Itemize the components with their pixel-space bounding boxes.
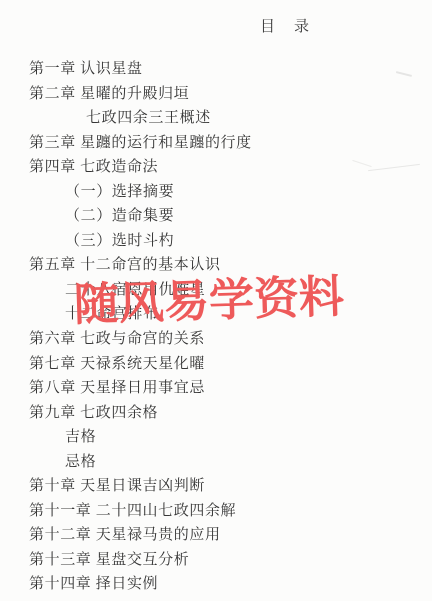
toc-entry: 第十二章 天星禄马贵的应用 [0,523,432,548]
scanned-toc-page: 目 录 第一章 认识星盘第二章 星曜的升殿归垣七政四余三王概述第三章 星躔的运行… [0,0,432,601]
toc-entry: 吉格 [0,425,432,450]
toc-entry: 七政四余三王概述 [0,106,432,131]
toc-entry: 第七章 天禄系统天星化曜 [0,352,432,377]
toc-entry: 第六章 七政与命宫的关系 [0,327,432,352]
toc-entry: 第十三章 星盘交互分析 [0,548,432,573]
toc-entry: 第一章 认识星盘 [0,57,432,82]
toc-entry: 第三章 星躔的运行和星躔的行度 [0,131,432,156]
page-title: 目 录 [260,15,311,36]
toc-entry: （二）造命集要 [0,204,432,229]
toc-entry: 第四章 七政造命法 [0,155,432,180]
toc-entry: 第十四章 择日实例 [0,572,432,597]
toc-entry: 十二命宫排布 [0,302,432,327]
toc-entry: 第二章 星曜的升殿归垣 [0,82,432,107]
toc-entry: 忌格 [0,450,432,475]
toc-entry: （三）选时斗杓 [0,229,432,254]
toc-entry: 第九章 七政四余格 [0,401,432,426]
toc-entry: 第十一章 二十四山七政四余解 [0,499,432,524]
toc-entry: 第五章 十二命宫的基本认识 [0,253,432,278]
toc-entry: 第十章 天星日课吉凶判断 [0,474,432,499]
toc-entry: （一）选择摘要 [0,180,432,205]
toc-entry: 二十八宿恩用仇难星 [0,278,432,303]
toc-entry: 第八章 天星择日用事宜忌 [0,376,432,401]
toc-list: 第一章 认识星盘第二章 星曜的升殿归垣七政四余三王概述第三章 星躔的运行和星躔的… [0,57,432,597]
